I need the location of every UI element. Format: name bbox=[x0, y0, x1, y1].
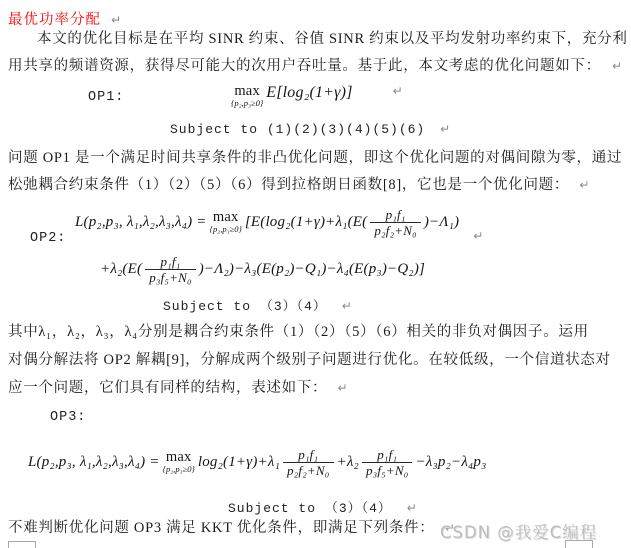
paragraph-1-line-2: 用共享的频谱资源，获得尽可能大的次用户吞吐量。基于此，本文考虑的优化问题如下： bbox=[8, 58, 601, 75]
table-border-fragment-right bbox=[565, 540, 593, 548]
op1-max-constraint: {p₂,p₃≥0} bbox=[231, 99, 263, 108]
op2-formula-line-2: +λ₂(E( p₁f₁ p₃f₅+N₀ )−Λ₂)−λ₃(E(p₂)−Q₁)−λ… bbox=[100, 248, 425, 290]
op2-line1-pre: [E(log₂(1+γ)+λ₁(E( bbox=[245, 214, 368, 231]
fraction-numerator: p₁f₁ bbox=[362, 447, 413, 462]
op3-seg3: −λ₃p₂−λ₄p₃ bbox=[415, 454, 486, 471]
table-border-fragment-left bbox=[8, 541, 36, 548]
op1-formula: max {p₂,p₃≥0} E[log₂(1+γ)] ↵ bbox=[228, 84, 403, 108]
paragraph-3-line-3: 应一个问题，它们具有同样的结构，表述如下： ↵ bbox=[8, 380, 348, 397]
paragraph-mark-icon: ↵ bbox=[338, 381, 348, 395]
fraction-denominator: p₃f₅+N₀ bbox=[145, 269, 196, 285]
heading-row: 最优功率分配 ↵ bbox=[8, 8, 121, 29]
op2-line1-post: )−Λ₁) bbox=[424, 214, 459, 231]
op2-max-constraint: {p₂,p₃≥0} bbox=[210, 225, 242, 234]
fraction-numerator: p₁f₁ bbox=[283, 447, 334, 462]
paragraph-mark-icon: ↵ bbox=[342, 299, 352, 313]
section-heading: 最优功率分配 bbox=[8, 12, 101, 28]
paragraph-mark-icon: ↵ bbox=[393, 84, 403, 98]
fraction-numerator: p₁f₁ bbox=[145, 254, 196, 269]
paragraph-mark-icon: ↵ bbox=[407, 501, 417, 515]
op3-formula: L(p₂,p₃, λ₁,λ₂,λ₃,λ₄) = max {p₂,p₃≥0} lo… bbox=[28, 438, 487, 486]
fraction-denominator: p₂f₂+N₀ bbox=[283, 462, 334, 478]
document-page: 最优功率分配 ↵ 本文的优化目标是在平均 SINR 约束、谷值 SINR 约束以… bbox=[0, 0, 631, 548]
paragraph-mark-icon: ↵ bbox=[111, 13, 121, 27]
op3-fraction-1: p₁f₁ p₂f₂+N₀ bbox=[283, 447, 334, 478]
fraction-denominator: p₃f₅+N₀ bbox=[362, 462, 413, 478]
op2-subject-to: Subject to （3）（4） ↵ bbox=[163, 295, 352, 314]
paragraph-3-line-2: 对偶分解法将 OP2 解耦[9]，分解成两个级别子问题进行优化。在较低级，一个信… bbox=[8, 352, 611, 369]
paragraph-mark-icon: ↵ bbox=[579, 178, 589, 192]
op3-label: OP3: bbox=[50, 410, 86, 425]
op2-line2-post: )−Λ₂)−λ₃(E(p₂)−Q₁)−λ₄(E(p₃)−Q₂)] bbox=[199, 261, 425, 278]
op1-subject-to: Subject to (1)(2)(3)(4)(5)(6) ↵ bbox=[170, 122, 450, 137]
op2-formula-line-1: L(p₂,p₃, λ₁,λ₂,λ₃,λ₄) = max {p₂,p₃≥0} [E… bbox=[75, 201, 483, 243]
fraction-denominator: p₂f₂+N₀ bbox=[370, 222, 421, 238]
paragraph-mark-icon: ↵ bbox=[473, 229, 483, 243]
paragraph-2-line-2: 松弛耦合约束条件（1）（2）（5）（6）得到拉格朗日函数[8]，它也是一个优化问… bbox=[8, 177, 589, 194]
op1-max-operator: max {p₂,p₃≥0} bbox=[231, 84, 263, 108]
op3-seg2: +λ₂ bbox=[337, 454, 359, 471]
paragraph-mark-icon: ↵ bbox=[612, 59, 622, 73]
op3-lhs: L(p₂,p₃, λ₁,λ₂,λ₃,λ₄) = bbox=[28, 454, 160, 471]
paragraph-1-line-1: 本文的优化目标是在平均 SINR 约束、谷值 SINR 约束以及平均发射功率约束… bbox=[8, 31, 628, 48]
op1-objective: E[log₂(1+γ)] bbox=[266, 84, 352, 102]
op1-label: OP1: bbox=[88, 90, 124, 105]
op2-line2-pre: +λ₂(E( bbox=[100, 261, 142, 278]
op2-line2-fraction: p₁f₁ p₃f₅+N₀ bbox=[145, 254, 196, 285]
paragraph-mark-icon: ↵ bbox=[440, 122, 450, 136]
paragraph-3-line-1: 其中λ₁，λ₂，λ₃，λ₄分别是耦合约束条件（1）（2）（5）（6）相关的非负对… bbox=[8, 324, 589, 341]
op2-lhs: L(p₂,p₃, λ₁,λ₂,λ₃,λ₄) = bbox=[75, 214, 207, 231]
op2-line1-fraction: p₁f₁ p₂f₂+N₀ bbox=[370, 207, 421, 238]
op2-label: OP2: bbox=[30, 231, 66, 246]
op3-fraction-2: p₁f₁ p₃f₅+N₀ bbox=[362, 447, 413, 478]
op3-max-constraint: {p₂,p₃≥0} bbox=[163, 465, 195, 474]
op2-max-operator: max {p₂,p₃≥0} bbox=[210, 210, 242, 234]
op3-seg1: log₂(1+γ)+λ₁ bbox=[198, 454, 280, 471]
paragraph-2-line-1: 问题 OP1 是一个满足时间共享条件的非凸优化问题，即这个优化问题的对偶间隙为零… bbox=[8, 150, 622, 167]
op3-max-operator: max {p₂,p₃≥0} bbox=[163, 450, 195, 474]
op3-subject-to: Subject to （3）（4） ↵ bbox=[228, 497, 417, 516]
paragraph-4: 不难判断优化问题 OP3 满足 KKT 优化条件，即满足下列条件： ↵ bbox=[8, 520, 455, 537]
fraction-numerator: p₁f₁ bbox=[370, 207, 421, 222]
